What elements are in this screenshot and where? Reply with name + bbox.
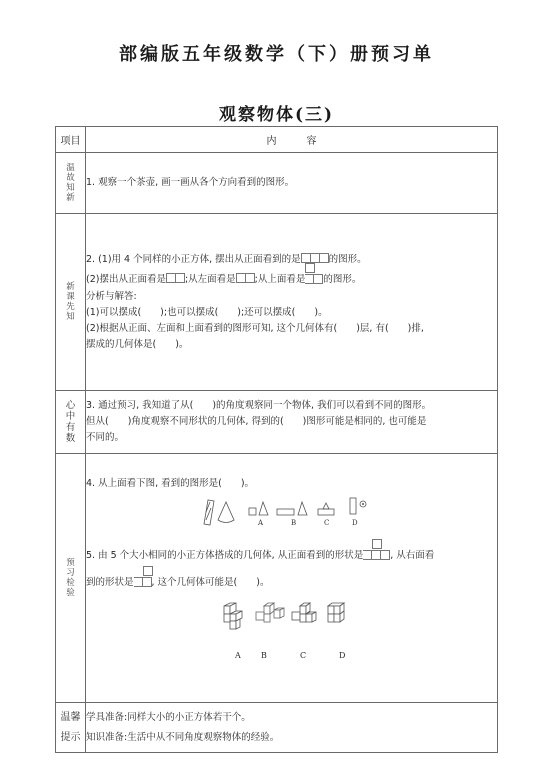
svg-text:D: D — [352, 519, 358, 527]
worksheet-table: 项目 内容 温故知新 1. 观察一个茶壶, 画一画从各个方向看到的图形。 新课先… — [55, 126, 498, 753]
cube-option-d — [326, 602, 356, 632]
question-2-2: (2)摆出从正面看是;从左面看是;从上面看是的图形。 — [86, 272, 497, 289]
svg-text:B: B — [291, 519, 296, 527]
front-view-icon — [363, 549, 390, 565]
row-label: 心中有数 — [66, 400, 76, 444]
answer-1: (1)可以摆成( );也可以摆成( );还可以摆成( )。 — [86, 305, 497, 321]
row-label: 温故知新 — [66, 163, 76, 203]
cube-option-a — [222, 602, 252, 638]
option-label-d: D — [339, 648, 345, 664]
table-row: 新课先知 2. (1)用 4 个同样的小正方体, 摆出从正面看到的是的图形。 (… — [56, 214, 498, 391]
row-label-line-2: 提示 — [56, 728, 85, 748]
answer-3: 摆成的几何体是( )。 — [86, 337, 497, 353]
question-3-line-2: 但从( )角度观察不同形状的几何体, 得到的( )图形可能是相同的, 也可能是 — [86, 414, 497, 430]
cylinder-cone-figure — [198, 498, 240, 526]
table-header: 项目 内容 — [56, 127, 498, 153]
option-label-a: A — [235, 648, 241, 664]
two-square-icon — [236, 274, 255, 285]
option-a-figure: A — [248, 500, 272, 528]
header-item: 项目 — [56, 127, 86, 153]
cube-option-b — [254, 602, 288, 632]
two-square-icon — [166, 274, 185, 285]
question-5-line-1: 5. 由 5 个大小相同的小正方体搭成的几何体, 从正面看到的形状是, 从右面看 — [86, 548, 497, 565]
option-label-c: C — [300, 648, 306, 664]
cube-option-c — [290, 602, 322, 632]
row-label: 新课先知 — [66, 282, 76, 322]
question-1: 1. 观察一个茶壶, 画一画从各个方向看到的图形。 — [86, 175, 497, 191]
lesson-title: 观察物体(三) — [0, 100, 553, 125]
row-label-line-1: 温馨 — [56, 708, 85, 728]
option-b-figure: B — [276, 500, 312, 528]
answer-2: (2)根据从正面、左面和上面看到的图形可知, 这个几何体有( )层, 有( )排… — [86, 321, 497, 337]
question-5-line-2: 到的形状是, 这个几何体可能是( )。 — [86, 575, 497, 592]
table-row: 预习检验 4. 从上面看下图, 看到的图形是( )。 A B — [56, 454, 498, 703]
analysis-heading: 分析与解答: — [86, 289, 497, 305]
table-row: 温馨 提示 学具准备:同样大小的小正方体若干个。 知识准备:生活中从不同角度观察… — [56, 703, 498, 753]
question-3-line-3: 不同的。 — [86, 430, 497, 446]
question-4: 4. 从上面看下图, 看到的图形是( )。 — [86, 476, 497, 492]
document-title: 部编版五年级数学（下）册预习单 — [0, 40, 553, 66]
table-row: 心中有数 3. 通过预习, 我知道了从( )的角度观察同一个物体, 我们可以看到… — [56, 391, 498, 454]
tip-knowledge: 知识准备:生活中从不同角度观察物体的经验。 — [86, 728, 497, 748]
question-3-line-1: 3. 通过预习, 我知道了从( )的角度观察同一个物体, 我们可以看到不同的图形… — [86, 398, 497, 414]
question-2-1: 2. (1)用 4 个同样的小正方体, 摆出从正面看到的是的图形。 — [86, 252, 497, 268]
option-d-figure: D — [348, 496, 372, 528]
question-5-figures: A B C D — [86, 596, 497, 662]
question-4-figures: A B C D — [86, 492, 497, 536]
l-shape-icon — [305, 273, 323, 289]
table-row: 温故知新 1. 观察一个茶壶, 画一画从各个方向看到的图形。 — [56, 153, 498, 214]
tip-tools: 学具准备:同样大小的小正方体若干个。 — [86, 708, 497, 728]
header-content: 内容 — [86, 127, 498, 153]
svg-text:C: C — [324, 519, 329, 527]
svg-text:A: A — [257, 519, 264, 527]
right-view-icon — [134, 576, 152, 592]
row-label: 预习检验 — [66, 558, 76, 598]
option-c-figure: C — [316, 500, 340, 528]
option-label-b: B — [261, 648, 267, 664]
